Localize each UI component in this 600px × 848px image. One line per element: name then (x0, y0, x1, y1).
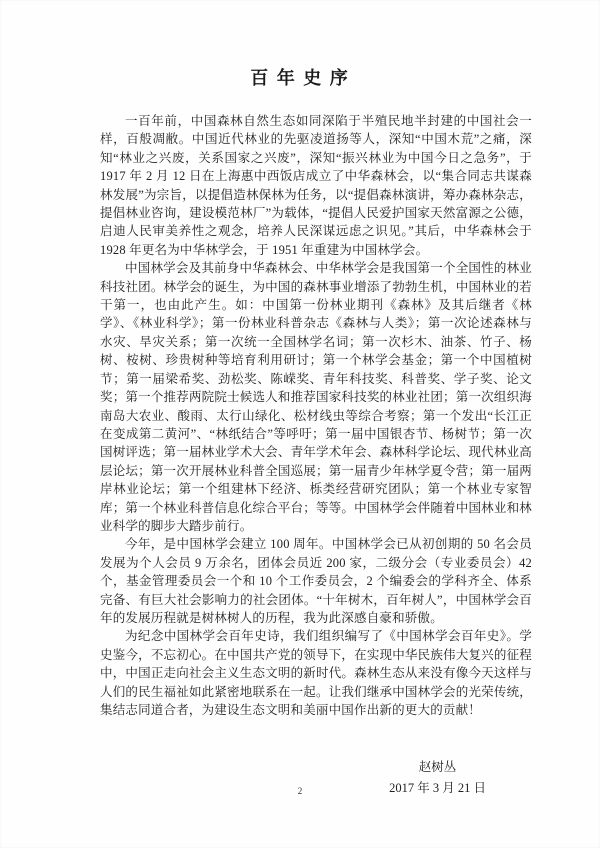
paragraph-founding-history: 一百年前，中国森林自然生态如同深陷于半殖民地半封建的中国社会一样，百般凋敝。中国… (100, 112, 532, 259)
signature-name: 赵树丛 (389, 757, 486, 778)
paragraph-firsts-list: 中国林学会及其前身中华森林会、中华林学会是我国第一个全国性的林业科技社团。林学会… (100, 259, 532, 535)
document-body: 一百年前，中国森林自然生态如同深陷于半殖民地半封建的中国社会一样，百般凋敝。中国… (100, 112, 532, 719)
paragraph-centennial-stats: 今年，是中国林学会建立 100 周年。中国林学会已从初创期的 50 名会员发展为… (100, 535, 532, 627)
paragraph-closing: 为纪念中国林学会百年史诗，我们组织编写了《中国林学会百年史》。学史鉴今，不忘初心… (100, 627, 532, 719)
page-title: 百 年 史 序 (0, 64, 600, 90)
document-page: 百 年 史 序 一百年前，中国森林自然生态如同深陷于半殖民地半封建的中国社会一样… (0, 0, 600, 848)
page-number: 2 (0, 786, 600, 796)
